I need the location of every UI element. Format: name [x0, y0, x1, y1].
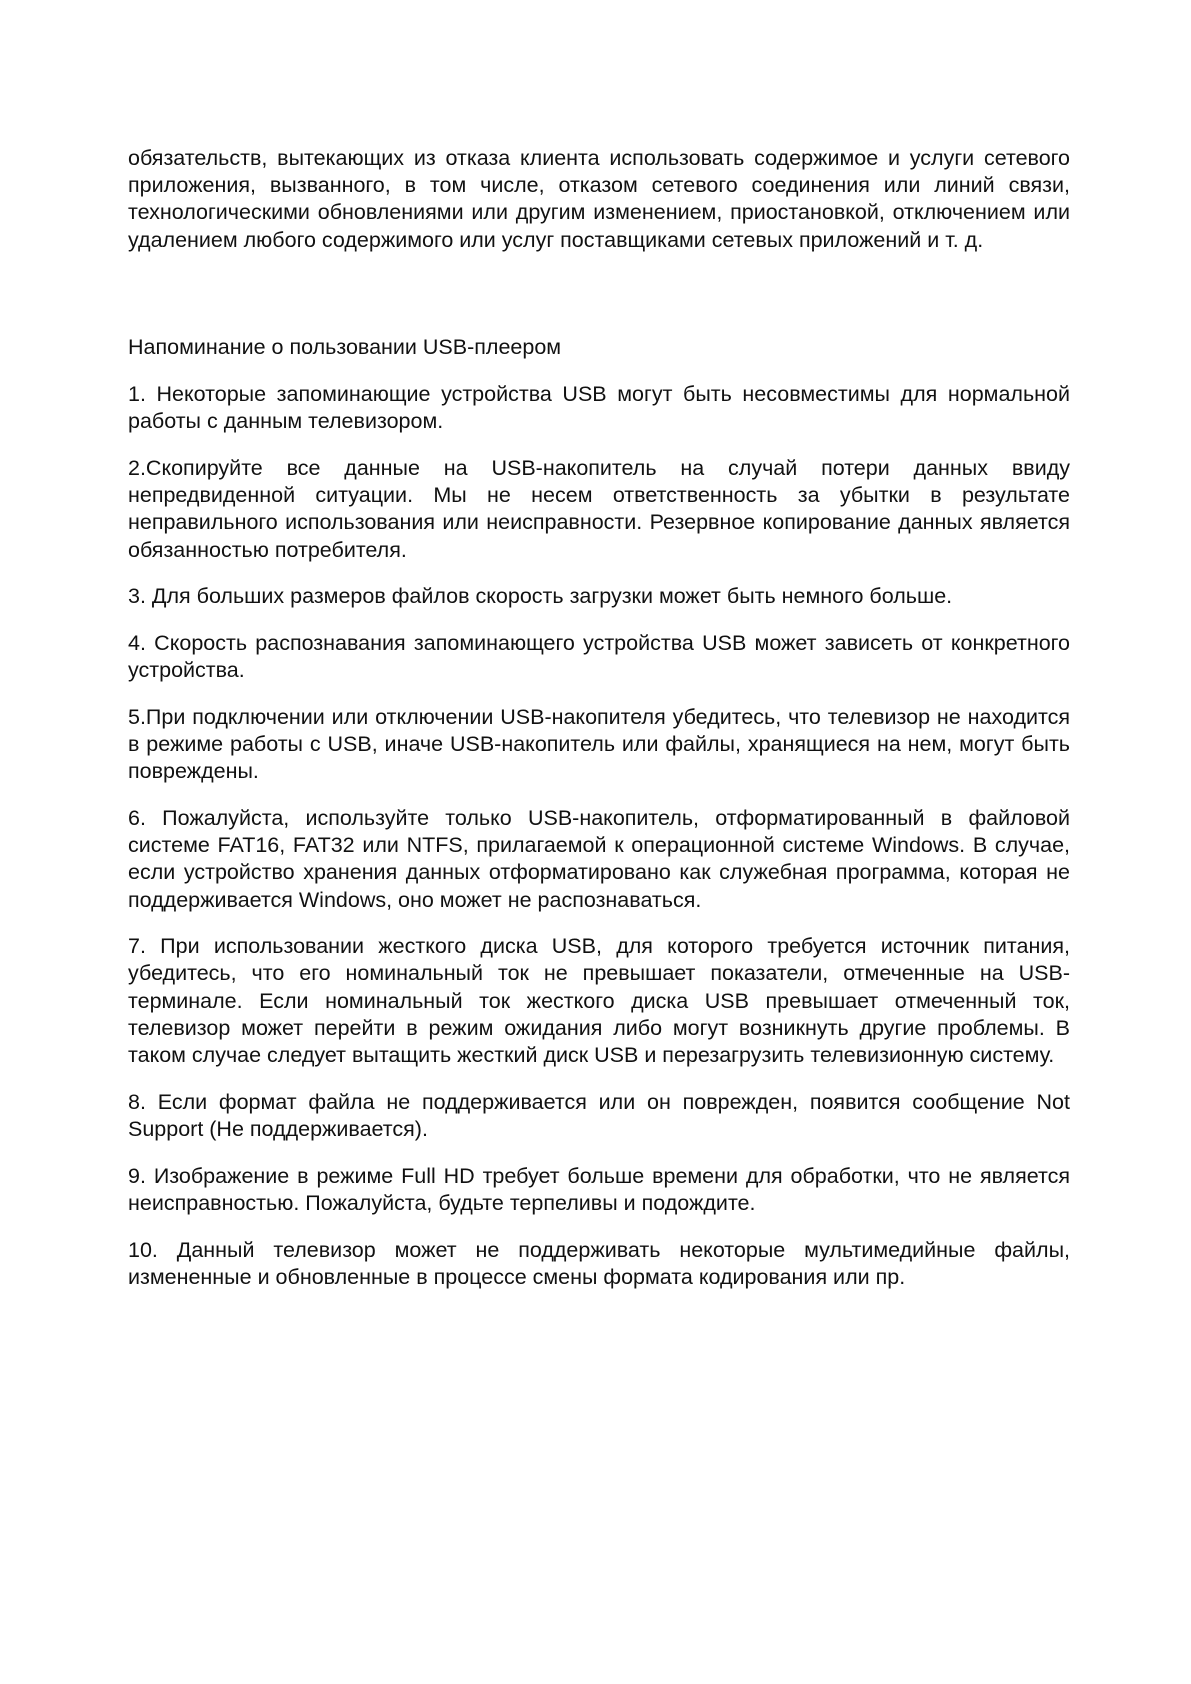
intro-paragraph: обязательств, вытекающих из отказа клиен… — [128, 145, 1070, 254]
list-item-8: 8. Если формат файла не поддерживается и… — [128, 1089, 1070, 1143]
list-item-5: 5.При подключении или отключении USB-нак… — [128, 704, 1070, 786]
list-item-2: 2.Скопируйте все данные на USB-накопител… — [128, 455, 1070, 564]
document-page: обязательств, вытекающих из отказа клиен… — [128, 145, 1070, 1311]
section-heading: Напоминание о пользовании USB-плеером — [128, 334, 1070, 361]
list-item-3: 3. Для больших размеров файлов скорость … — [128, 583, 1070, 610]
list-item-1: 1. Некоторые запоминающие устройства USB… — [128, 381, 1070, 435]
list-item-7: 7. При использовании жесткого диска USB,… — [128, 933, 1070, 1069]
list-item-6: 6. Пожалуйста, используйте только USB-на… — [128, 805, 1070, 914]
list-item-9: 9. Изображение в режиме Full HD требует … — [128, 1163, 1070, 1217]
list-item-10: 10. Данный телевизор может не поддержива… — [128, 1237, 1070, 1291]
list-item-4: 4. Скорость распознавания запоминающего … — [128, 630, 1070, 684]
